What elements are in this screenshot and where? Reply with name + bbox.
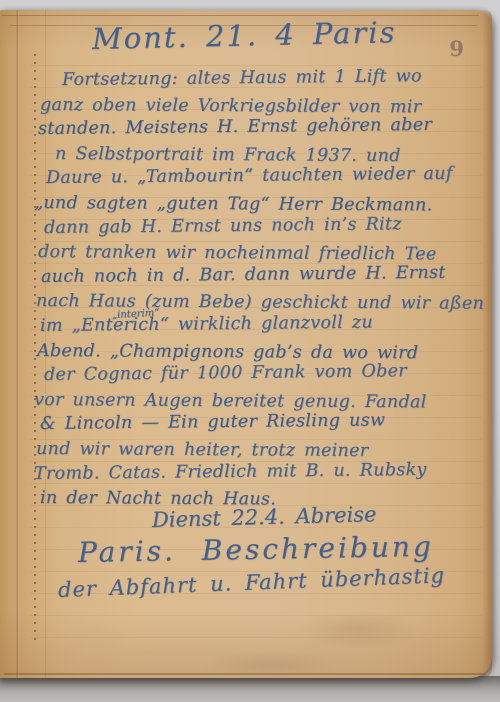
page-stack-edge: [2, 15, 479, 16]
table-surface: [0, 676, 500, 702]
handwriting-line: Fortsetzung: altes Haus mit 1 Lift wo: [62, 63, 492, 92]
handwriting-line: dann gab H. Ernst uns noch in’s Ritz: [44, 211, 492, 240]
page-bottom-edge: [4, 673, 486, 675]
paris-heading-line: Paris. Beschreibung: [78, 530, 434, 569]
handwriting-line: im „Enterich“ wirklich glanzvoll zu: [40, 309, 492, 338]
notebook-page: 9 Mont. 21. 4 Paris Fortsetzung: altes H…: [0, 10, 492, 678]
paper-stain: [300, 610, 420, 650]
paper-stain: [200, 650, 340, 680]
handwriting-line: der Cognac für 1000 Frank vom Ober: [44, 358, 492, 387]
scan-background: 9 Mont. 21. 4 Paris Fortsetzung: altes H…: [0, 0, 500, 702]
entry-date-heading: Mont. 21. 4 Paris: [92, 15, 397, 56]
handwriting-line: der Abfahrt u. Fahrt überhastig: [58, 563, 446, 602]
handwriting-body: Fortsetzung: altes Haus mit 1 Lift wo ga…: [0, 68, 492, 511]
departure-date-line: Dienst 22.4. Abreise: [152, 502, 377, 532]
handwriting-line: auch noch in d. Bar. dann wurde H. Ernst: [41, 260, 492, 289]
handwriting-line: & Lincoln — Ein guter Riesling usw: [40, 408, 492, 437]
handwriting-line: standen. Meistens H. Ernst gehören aber: [38, 112, 492, 141]
handwriting-line: Daure u. „Tambourin“ tauchten wieder auf: [46, 162, 492, 191]
page-number: 9: [449, 36, 464, 61]
handwriting-line: Tromb. Catas. Friedlich mit B. u. Rubsky: [34, 457, 492, 486]
